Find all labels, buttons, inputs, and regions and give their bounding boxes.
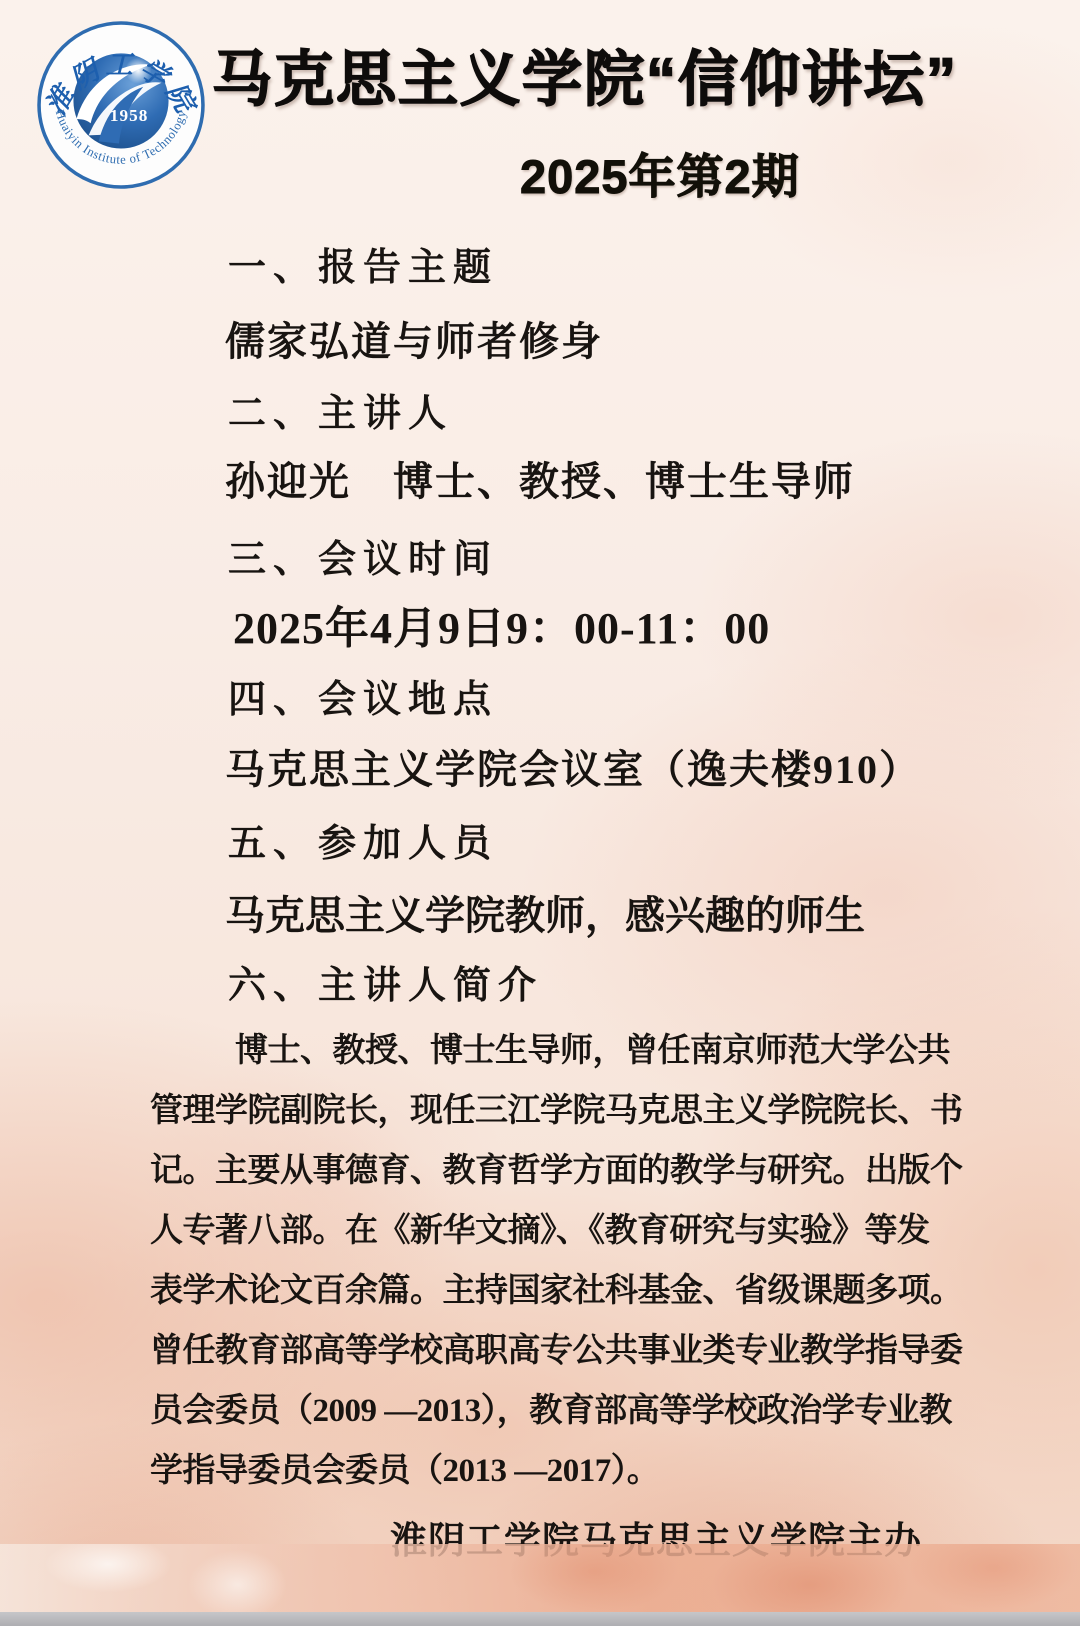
intro-line-1: 博士、教授、博士生导师，曾任南京师范大学公共 <box>235 1024 950 1071</box>
section-4-label: 四、会议地点 <box>228 668 498 723</box>
section-4-location: 马克思主义学院会议室（逸夫楼910） <box>225 738 921 795</box>
section-5-label: 五、参加人员 <box>228 812 498 867</box>
poster-page: 1958 淮阴工学院 Huaiyin Institute of Technolo… <box>0 0 1080 1626</box>
section-1-label: 一、报告主题 <box>228 236 498 291</box>
section-2-speaker: 孙迎光 博士、教授、博士生导师 <box>225 450 855 507</box>
section-6-label: 六、主讲人简介 <box>228 954 543 1009</box>
section-3-time: 2025年4月9日9：00-11：00 <box>233 592 770 656</box>
section-1-topic: 儒家弘道与师者修身 <box>225 310 603 367</box>
poster-title: 马克思主义学院“信仰讲坛” <box>212 32 958 118</box>
university-logo: 1958 淮阴工学院 Huaiyin Institute of Technolo… <box>36 20 206 190</box>
intro-line-5: 表学术论文百余篇。主持国家社科基金、省级课题多项。 <box>150 1264 963 1311</box>
intro-line-2: 管理学院副院长，现任三江学院马克思主义学院院长、书 <box>150 1084 963 1131</box>
section-3-label: 三、会议时间 <box>228 528 498 583</box>
bottom-texture-band <box>0 1544 1080 1612</box>
intro-line-4: 人专著八部。在《新华文摘》、《教育研究与实验》等发 <box>150 1204 930 1251</box>
section-2-label: 二、主讲人 <box>228 382 453 437</box>
section-5-participants: 马克思主义学院教师，感兴趣的师生 <box>225 884 865 941</box>
intro-line-3: 记。主要从事德育、教育哲学方面的教学与研究。出版个 <box>150 1144 963 1191</box>
issue-number: 2025年第2期 <box>520 140 800 207</box>
intro-line-7: 员会委员（2009 —2013），教育部高等学校政治学专业教 <box>150 1384 952 1431</box>
intro-line-8: 学指导委员会委员（2013 —2017）。 <box>150 1444 659 1491</box>
intro-line-6: 曾任教育部高等学校高职高专公共事业类专业教学指导委 <box>150 1324 963 1371</box>
bottom-gray-bar <box>0 1612 1080 1626</box>
logo-year: 1958 <box>110 106 148 125</box>
